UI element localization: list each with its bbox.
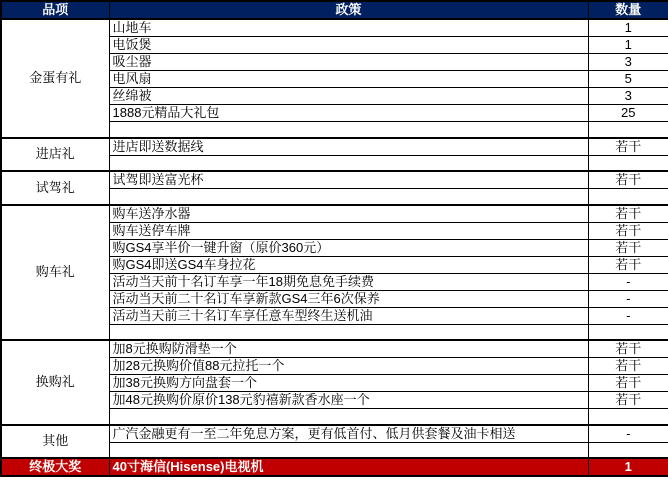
group-label-other: 其他 [1,425,109,459]
policy-cell [109,324,588,340]
policy-cell [109,122,588,138]
policy-cell [109,155,588,171]
table-row: 其他 广汽金融更有一至二年免息方案，更有低首付、低月供套餐及油卡相送 - [1,425,668,443]
policy-cell: 加48元换购价原价138元豹禧新款香水座一个 [109,392,588,409]
group-label-trade-up: 换购礼 [1,340,109,425]
qty-cell: 若干 [588,375,668,392]
policy-cell: 1888元精品大礼包 [109,105,588,122]
qty-cell [588,122,668,138]
policy-cell: 购GS4享半价一键升窗（原价360元） [109,239,588,256]
table-row: 试驾礼 试驾即送富光杯 若干 [1,171,668,189]
policy-cell: 试驾即送富光杯 [109,171,588,189]
qty-cell: 5 [588,71,668,88]
policy-cell [109,189,588,205]
group-label-store-visit: 进店礼 [1,138,109,172]
policy-cell: 加8元换购防滑垫一个 [109,340,588,358]
qty-cell: 25 [588,105,668,122]
group-label-test-drive: 试驾礼 [1,171,109,205]
policy-cell: 加28元换购价值88元拉托一个 [109,358,588,375]
qty-cell: 若干 [588,171,668,189]
grand-prize-qty: 1 [588,458,668,476]
policy-cell: 山地车 [109,19,588,37]
qty-cell [588,442,668,458]
grand-prize-policy: 40寸海信(Hisense)电视机 [109,458,588,476]
qty-cell: 3 [588,54,668,71]
policy-cell: 活动当天前十名订车享一年18期免息免手续费 [109,273,588,290]
qty-cell: 若干 [588,392,668,409]
table-header-row: 品项 政策 数量 [1,1,668,19]
policy-cell: 购GS4即送GS4车身拉花 [109,256,588,273]
policy-cell: 活动当天前三十名订车享任意车型终生送机油 [109,307,588,324]
group-label-golden-egg: 金蛋有礼 [1,19,109,138]
promo-table: 品项 政策 数量 金蛋有礼 山地车 1 电饭煲 1 吸尘器 3 电风扇 5 丝绵… [0,0,668,477]
qty-cell: 若干 [588,205,668,223]
table-row: 金蛋有礼 山地车 1 [1,19,668,37]
qty-cell [588,155,668,171]
policy-cell: 电风扇 [109,71,588,88]
qty-cell: 1 [588,37,668,54]
policy-cell: 加38元换购方向盘套一个 [109,375,588,392]
qty-cell: 若干 [588,239,668,256]
table-row: 购车礼 购车送净水器 若干 [1,205,668,223]
policy-cell [109,442,588,458]
policy-cell: 购车送停车牌 [109,222,588,239]
qty-cell: 3 [588,88,668,105]
policy-cell: 广汽金融更有一至二年免息方案，更有低首付、低月供套餐及油卡相送 [109,425,588,443]
policy-cell: 购车送净水器 [109,205,588,223]
header-qty: 数量 [588,1,668,19]
qty-cell: 1 [588,19,668,37]
policy-cell: 活动当天前二十名订车享新款GS4三年6次保养 [109,290,588,307]
qty-cell [588,189,668,205]
policy-cell: 吸尘器 [109,54,588,71]
table-row: 进店礼 进店即送数据线 若干 [1,138,668,156]
qty-cell [588,409,668,425]
table-row: 换购礼 加8元换购防滑垫一个 若干 [1,340,668,358]
policy-cell [109,409,588,425]
qty-cell [588,324,668,340]
qty-cell: 若干 [588,138,668,156]
qty-cell: - [588,290,668,307]
qty-cell: 若干 [588,256,668,273]
header-item: 品项 [1,1,109,19]
grand-prize-row: 终极大奖 40寸海信(Hisense)电视机 1 [1,458,668,476]
policy-cell: 电饭煲 [109,37,588,54]
qty-cell: - [588,425,668,443]
policy-cell: 进店即送数据线 [109,138,588,156]
qty-cell: 若干 [588,340,668,358]
group-label-car-purchase: 购车礼 [1,205,109,341]
header-policy: 政策 [109,1,588,19]
qty-cell: - [588,273,668,290]
qty-cell: 若干 [588,358,668,375]
qty-cell: - [588,307,668,324]
grand-prize-label: 终极大奖 [1,458,109,476]
qty-cell: 若干 [588,222,668,239]
promo-sheet: 品项 政策 数量 金蛋有礼 山地车 1 电饭煲 1 吸尘器 3 电风扇 5 丝绵… [0,0,668,504]
policy-cell: 丝绵被 [109,88,588,105]
